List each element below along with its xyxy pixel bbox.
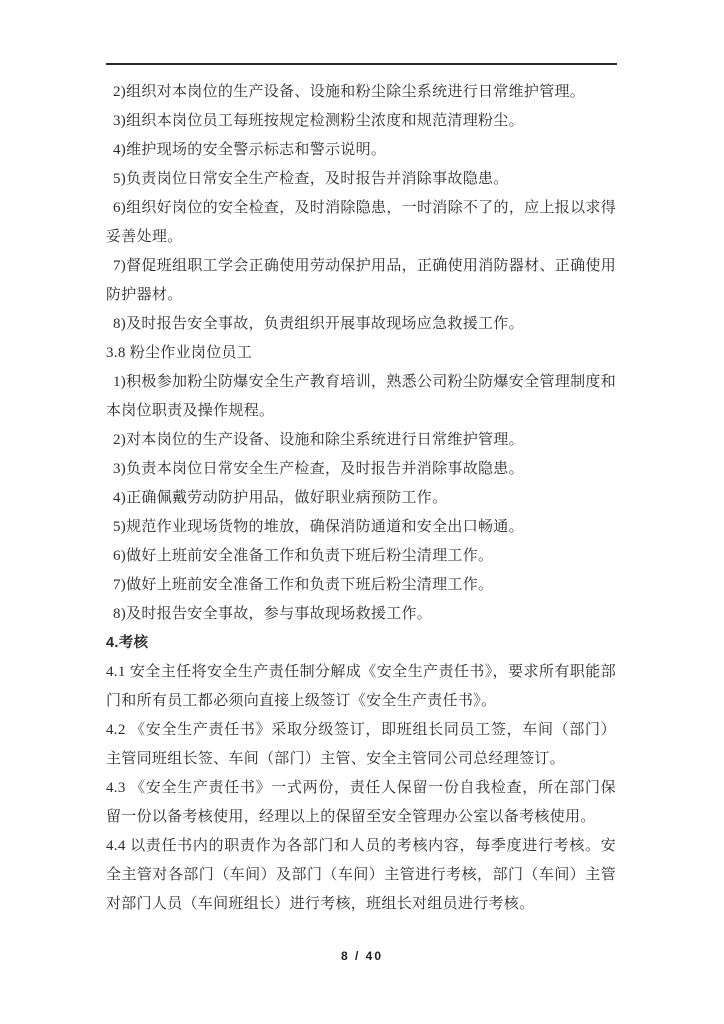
list-item: 6)做好上班前安全准备工作和负责下班后粉尘清理工作。	[106, 542, 616, 571]
list-item: 8)及时报告安全事故，负责组织开展事故现场应急救援工作。	[106, 310, 616, 339]
list-item: 2)对本岗位的生产设备、设施和除尘系统进行日常维护管理。	[106, 426, 616, 455]
paragraph-4-3: 4.3 《安全生产责任书》一式两份，责任人保留一份自我检查，所在部门保留一份以备…	[106, 774, 616, 832]
chapter-heading-4: 4.考核	[106, 629, 616, 658]
paragraph-4-4: 4.4 以责任书内的职责作为各部门和人员的考核内容，每季度进行考核。安全主管对各…	[106, 832, 616, 919]
document-page: 2)组织对本岗位的生产设备、设施和粉尘除尘系统进行日常维护管理。 3)组织本岗位…	[0, 0, 724, 1024]
header-rule	[106, 63, 617, 65]
list-item: 3)负责本岗位日常安全生产检查，及时报告并消除事故隐患。	[106, 455, 616, 484]
list-item: 5)规范作业现场货物的堆放，确保消防通道和安全出口畅通。	[106, 513, 616, 542]
document-body: 2)组织对本岗位的生产设备、设施和粉尘除尘系统进行日常维护管理。 3)组织本岗位…	[106, 78, 616, 919]
list-item: 1)积极参加粉尘防爆安全生产教育培训，熟悉公司粉尘防爆安全管理制度和本岗位职责及…	[106, 368, 616, 426]
paragraph-4-1: 4.1 安全主任将安全生产责任制分解成《安全生产责任书》，要求所有职能部门和所有…	[106, 658, 616, 716]
section-heading-3-8: 3.8 粉尘作业岗位员工	[106, 339, 616, 368]
list-item: 2)组织对本岗位的生产设备、设施和粉尘除尘系统进行日常维护管理。	[106, 78, 616, 107]
list-item: 7)做好上班前安全准备工作和负责下班后粉尘清理工作。	[106, 571, 616, 600]
list-item: 8)及时报告安全事故，参与事故现场救援工作。	[106, 600, 616, 629]
list-item: 6)组织好岗位的安全检查，及时消除隐患，一时消除不了的，应上报以求得妥善处理。	[106, 194, 616, 252]
page-number: 8 / 40	[0, 949, 724, 963]
list-item: 7)督促班组职工学会正确使用劳动保护用品，正确使用消防器材、正确使用防护器材。	[106, 252, 616, 310]
list-item: 3)组织本岗位员工每班按规定检测粉尘浓度和规范清理粉尘。	[106, 107, 616, 136]
paragraph-4-2: 4.2 《安全生产责任书》采取分级签订，即班组长同员工签，车间（部门）主管同班组…	[106, 716, 616, 774]
list-item: 4)维护现场的安全警示标志和警示说明。	[106, 136, 616, 165]
list-item: 4)正确佩戴劳动防护用品，做好职业病预防工作。	[106, 484, 616, 513]
list-item: 5)负责岗位日常安全生产检查，及时报告并消除事故隐患。	[106, 165, 616, 194]
